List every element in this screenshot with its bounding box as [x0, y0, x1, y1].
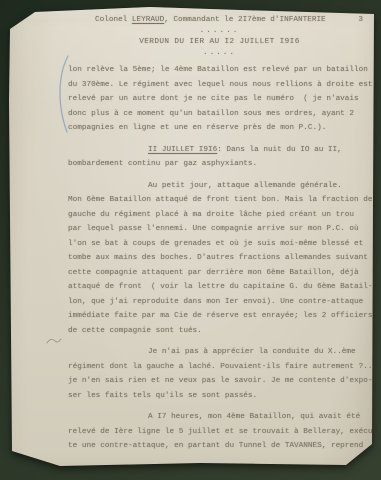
page-header: Colonel LEYRAUD, Commandant le 2I7ème d'… — [68, 15, 371, 26]
text-line: donc plus à ce moment qu'un bataillon so… — [68, 107, 371, 122]
text-line: l'on se bat à coups de grenades et où je… — [68, 237, 371, 252]
paragraph: Au petit jour, attaque allemande général… — [68, 179, 371, 339]
text-line: cette compagnie attaquent par derrière m… — [68, 266, 371, 281]
document-title: VERDUN DU IER AU I2 JUILLET I9I6 — [68, 37, 371, 48]
blue-margin-mark — [55, 53, 73, 135]
text-line: lon relève la 5ème; le 4ème Bataillon es… — [68, 63, 371, 78]
text-line: bombardement continu par gaz asphyxiants… — [68, 157, 371, 172]
text-line: régiment dont la gauche a laché. Pouvaie… — [68, 360, 371, 375]
scanned-page: Colonel LEYRAUD, Commandant le 2I7ème d'… — [0, 0, 381, 480]
separator-dots-bottom: ..... — [68, 48, 371, 59]
text-line: attaqué de front ( voir la lettre du cap… — [68, 280, 371, 295]
paragraph: Je n'ai pas à apprécier la conduite du X… — [68, 345, 371, 403]
text-line: Mon 6ème Bataillon attaqué de front tien… — [68, 193, 371, 208]
author-line: Colonel LEYRAUD, Commandant le 2I7ème d'… — [95, 15, 326, 26]
text-line: par lequel passe l'ennemi. Une compagnie… — [68, 222, 371, 237]
paragraphs: lon relève la 5ème; le 4ème Bataillon es… — [68, 63, 371, 454]
text-line: II JUILLET I9I6: Dans la nuit du IO au I… — [68, 143, 371, 158]
text-line: Je n'ai pas à apprécier la conduite du X… — [68, 345, 371, 360]
pencil-mark — [46, 336, 62, 346]
typewritten-content: Colonel LEYRAUD, Commandant le 2I7ème d'… — [68, 15, 371, 454]
paragraph: II JUILLET I9I6: Dans la nuit du IO au I… — [68, 143, 371, 172]
text-line: tombe aux mains des boches. D'autres fra… — [68, 251, 371, 266]
paragraph: lon relève la 5ème; le 4ème Bataillon es… — [68, 63, 371, 136]
text-line: immédiate faite par ma Cie de réserve es… — [68, 309, 371, 324]
text-line: je n'en sais rien et ne veux pas le savo… — [68, 374, 371, 389]
text-line: de cette compagnie sont tués. — [68, 324, 371, 339]
separator-dots-top: ...... — [68, 26, 371, 37]
text-line: du 370ème. Le régiment avec lequel nous … — [68, 78, 371, 93]
text-line: Au petit jour, attaque allemande général… — [68, 179, 371, 194]
text-line: A I7 heures, mon 4ème Bataillon, qui ava… — [68, 410, 371, 425]
text-line: ser les faits tels qu'ils se sont passés… — [68, 389, 371, 404]
text-line: gauche du régiment placé à ma droite lâc… — [68, 208, 371, 223]
text-line: relevé de Ière ligne le 5 juillet et se … — [68, 425, 371, 440]
text-line: compagnies en ligne et une en réserve pr… — [68, 121, 371, 136]
paper-sheet: Colonel LEYRAUD, Commandant le 2I7ème d'… — [0, 0, 381, 480]
page-number: 3 — [358, 15, 371, 26]
text-line: lon, que j'ai reproduite dans mon Ier en… — [68, 295, 371, 310]
paragraph: A I7 heures, mon 4ème Bataillon, qui ava… — [68, 410, 371, 454]
text-line: te une contre-attaque, en partant du Tun… — [68, 439, 371, 454]
text-line: relevé par un autre dont je ne cite pas … — [68, 92, 371, 107]
